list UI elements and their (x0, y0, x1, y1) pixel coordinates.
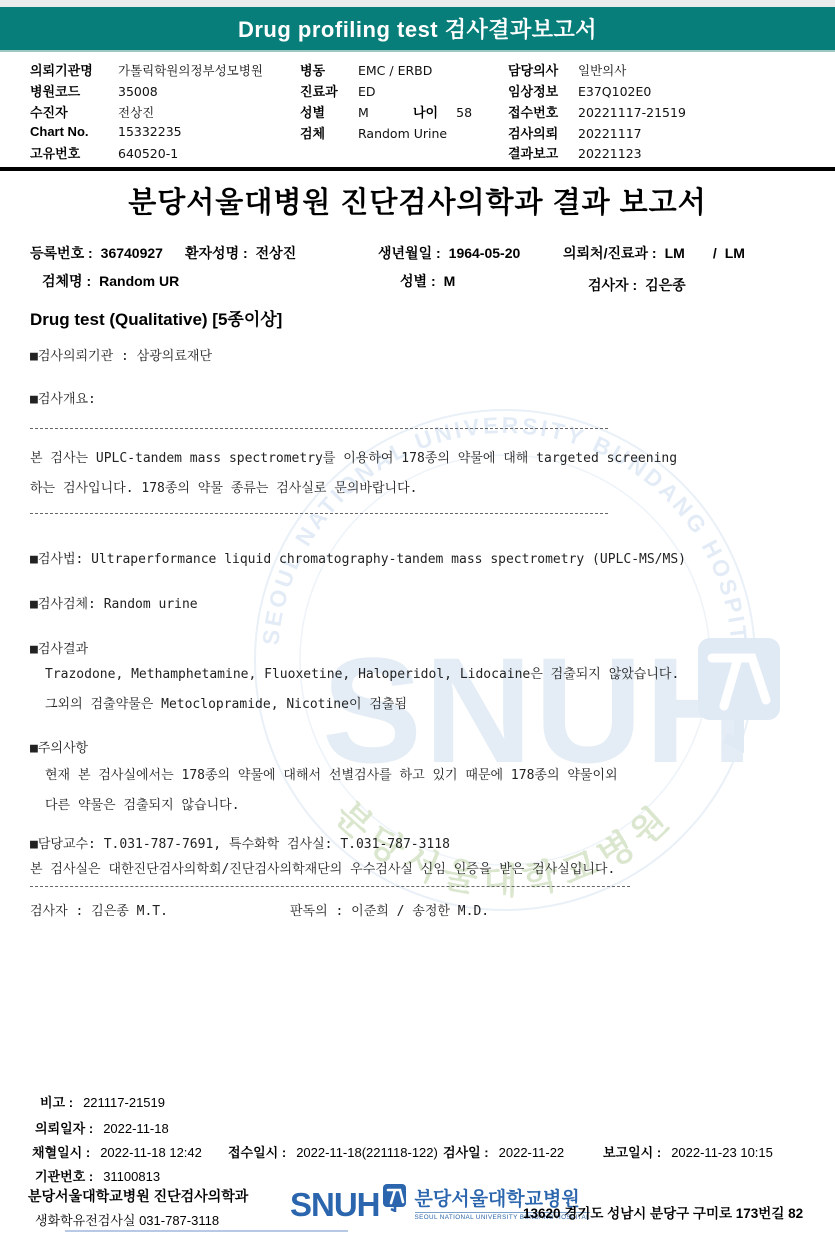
top-gray-strip (0, 0, 835, 7)
field-label: 환자성명 : (185, 245, 248, 261)
header-field: 진료과ED (300, 81, 376, 101)
field-label: Chart No. (30, 124, 118, 139)
field-value: M (444, 273, 456, 289)
patient-name: 환자성명 :전상진 (185, 243, 296, 263)
field-value: 20221123 (578, 146, 642, 161)
header-field: 임상정보E37Q102E0 (508, 81, 651, 101)
snuh-logo-mark-icon (383, 1184, 407, 1212)
field-value: 2022-11-18 (103, 1121, 169, 1136)
body-line-result1: Trazodone, Methamphetamine, Fluoxetine, … (45, 663, 679, 682)
field-value: E37Q102E0 (578, 84, 651, 99)
header-field: 담당의사일반의사 (508, 60, 626, 80)
body-line-request-org: ■검사의뢰기관 : 삼광의료재단 (30, 345, 212, 364)
field-value: 2022-11-22 (499, 1145, 565, 1160)
field-label: 성별 (300, 102, 358, 121)
dashed-separator (30, 428, 608, 429)
patient-reg: 등록번호 :36740927 (30, 243, 163, 263)
body-line-certification: 본 검사실은 대한진단검사의학회/진단검사의학재단의 우수검사실 신임 인증을 … (30, 858, 615, 877)
header-field: 병원코드35008 (30, 81, 158, 101)
dashed-separator (30, 513, 608, 514)
header-field: Chart No.15332235 (30, 123, 182, 141)
field-label: 임상정보 (508, 81, 578, 100)
field-value: 640520-1 (118, 146, 178, 161)
patient-dept: 의뢰처/진료과 :LM/LM (563, 243, 745, 263)
bottom-blue-line (65, 1230, 348, 1232)
field-value: LM (725, 245, 745, 261)
signoff-tester: 검사자 : 김은종 M.T. (30, 900, 168, 919)
field-value: Random Urine (358, 126, 447, 141)
body-line-caution2: 다른 약물은 검출되지 않습니다. (45, 794, 240, 813)
field-value: 15332235 (118, 124, 182, 139)
field-label: 등록번호 : (30, 245, 93, 261)
field-label: 의뢰일자 : (35, 1121, 93, 1136)
banner: Drug profiling test 검사결과보고서 (0, 7, 835, 52)
test-title: Drug test (Qualitative) [5종이상] (30, 305, 282, 330)
patient-specimen: 검체명 :Random UR (42, 271, 179, 291)
hospital-address: 13620 경기도 성남시 분당구 구미로 173번길 82 (523, 1202, 803, 1222)
field-value: EMC / ERBD (358, 63, 432, 78)
footer-collect-date: 채혈일시 :2022-11-18 12:42 (32, 1142, 202, 1161)
field-value: ED (358, 84, 376, 99)
field-label: 검사자 : (588, 277, 637, 293)
field-label: 비고 : (40, 1095, 73, 1110)
field-label: 병동 (300, 60, 358, 79)
field-value: 일반의사 (578, 63, 626, 78)
header-field: 성별M나이58 (300, 102, 472, 122)
body-line-para1: 본 검사는 UPLC-tandem mass spectrometry를 이용하… (30, 447, 677, 466)
watermark-flag-glyph (698, 638, 780, 745)
field-label: 생년월일 : (378, 245, 441, 261)
banner-title: Drug profiling test 검사결과보고서 (238, 13, 597, 44)
report-page: SEOUL NATIONAL UNIVERSITY BUNDANG HOSPIT… (0, 0, 835, 1238)
field-label: 병원코드 (30, 81, 118, 100)
body-line-caution-header: ■주의사항 (30, 737, 88, 756)
body-line-result2: 그외의 검출약물은 Metoclopramide, Nicotine이 검출됨 (45, 693, 407, 712)
signoff-reader: 판독의 : 이준희 / 송정한 M.D. (290, 900, 489, 919)
patient-birth: 생년월일 :1964-05-20 (378, 243, 520, 263)
field-value: 221117-21519 (83, 1095, 165, 1110)
field-value: 1964-05-20 (449, 245, 521, 261)
field-label: 접수일시 : (228, 1145, 286, 1160)
field-label: 성별 : (400, 273, 436, 289)
header-field: 접수번호20221117-21519 (508, 102, 686, 122)
header-field: 결과보고20221123 (508, 143, 642, 163)
header-field: 검사의뢰20221117 (508, 123, 642, 143)
field-label: 수진자 (30, 102, 118, 121)
body-line-para2: 하는 검사입니다. 178종의 약물 종류는 검사실로 문의바랍니다. (30, 477, 418, 496)
field-value: 58 (456, 105, 472, 120)
footer-test-date: 검사일 :2022-11-22 (443, 1142, 564, 1161)
patient-sex: 성별 :M (400, 271, 455, 291)
field-label: 나이 (413, 102, 438, 121)
field-label: 담당의사 (508, 60, 578, 79)
snuh-logo-text: SNUH (290, 1188, 380, 1221)
patient-examiner: 검사자 :김은종 (588, 275, 686, 295)
field-value: 36740927 (101, 245, 163, 261)
field-label: 결과보고 (508, 143, 578, 162)
field-value: LM (665, 245, 685, 261)
footer-note: 비고 :221117-21519 (40, 1092, 165, 1111)
page-title: 분당서울대병원 진단검사의학과 결과 보고서 (0, 180, 835, 221)
field-label: 검체명 : (42, 273, 91, 289)
dashed-separator (30, 886, 630, 887)
header-divider (0, 167, 835, 171)
header-field: 검체Random Urine (300, 123, 447, 143)
field-label: 의뢰기관명 (30, 60, 118, 79)
field-value: 20221117-21519 (578, 105, 686, 120)
header-field: 병동EMC / ERBD (300, 60, 432, 80)
field-value: 가톨릭학원의정부성모병원 (118, 63, 263, 78)
field-value: 31100813 (103, 1169, 160, 1184)
field-value: 2022-11-18 12:42 (100, 1145, 202, 1160)
field-label: 접수번호 (508, 102, 578, 121)
header-field: 수진자전상진 (30, 102, 154, 122)
field-label: 검사일 : (443, 1145, 489, 1160)
footer-department: 분당서울대학교병원 진단검사의학과 (28, 1186, 248, 1206)
field-value: 전상진 (256, 245, 297, 261)
field-value: M (358, 105, 413, 120)
field-label: 검사의뢰 (508, 123, 578, 142)
field-value: 2022-11-18(221118-122) (296, 1145, 438, 1160)
body-line-overview: ■검사개요: (30, 388, 96, 407)
field-value: 김은종 (645, 277, 686, 293)
field-label: 채혈일시 : (32, 1145, 90, 1160)
field-label: 검체 (300, 123, 358, 142)
footer-receipt-date: 접수일시 :2022-11-18(221118-122) (228, 1142, 438, 1161)
field-value: 35008 (118, 84, 158, 99)
field-label: 고유번호 (30, 143, 118, 162)
footer-report-date: 보고일시 :2022-11-23 10:15 (603, 1142, 773, 1161)
footer-org-no: 기관번호 :31100813 (35, 1166, 160, 1185)
field-label: 기관번호 : (35, 1169, 93, 1184)
field-value: 전상진 (118, 105, 154, 120)
field-label: 진료과 (300, 81, 358, 100)
footer-lab: 생화학유전검사실 031-787-3118 (35, 1210, 219, 1229)
footer-request-date: 의뢰일자 :2022-11-18 (35, 1118, 169, 1137)
header-field: 고유번호640520-1 (30, 143, 178, 163)
slash: / (713, 245, 717, 261)
body-line-result-header: ■검사결과 (30, 638, 88, 657)
body-line-caution1: 현재 본 검사실에서는 178종의 약물에 대해서 선별검사를 하고 있기 때문… (45, 764, 618, 783)
body-line-professor: ■담당교수: T.031-787-7691, 특수화학 검사실: T.031-7… (30, 833, 450, 852)
header-field: 의뢰기관명가톨릭학원의정부성모병원 (30, 60, 263, 80)
body-line-method: ■검사법: Ultraperformance liquid chromatogr… (30, 548, 686, 567)
field-value: Random UR (99, 273, 179, 289)
field-label: 의뢰처/진료과 : (563, 245, 657, 261)
body-line-specimen: ■검사검체: Random urine (30, 593, 198, 612)
field-value: 20221117 (578, 126, 642, 141)
field-label: 보고일시 : (603, 1145, 661, 1160)
field-value: 2022-11-23 10:15 (671, 1145, 773, 1160)
